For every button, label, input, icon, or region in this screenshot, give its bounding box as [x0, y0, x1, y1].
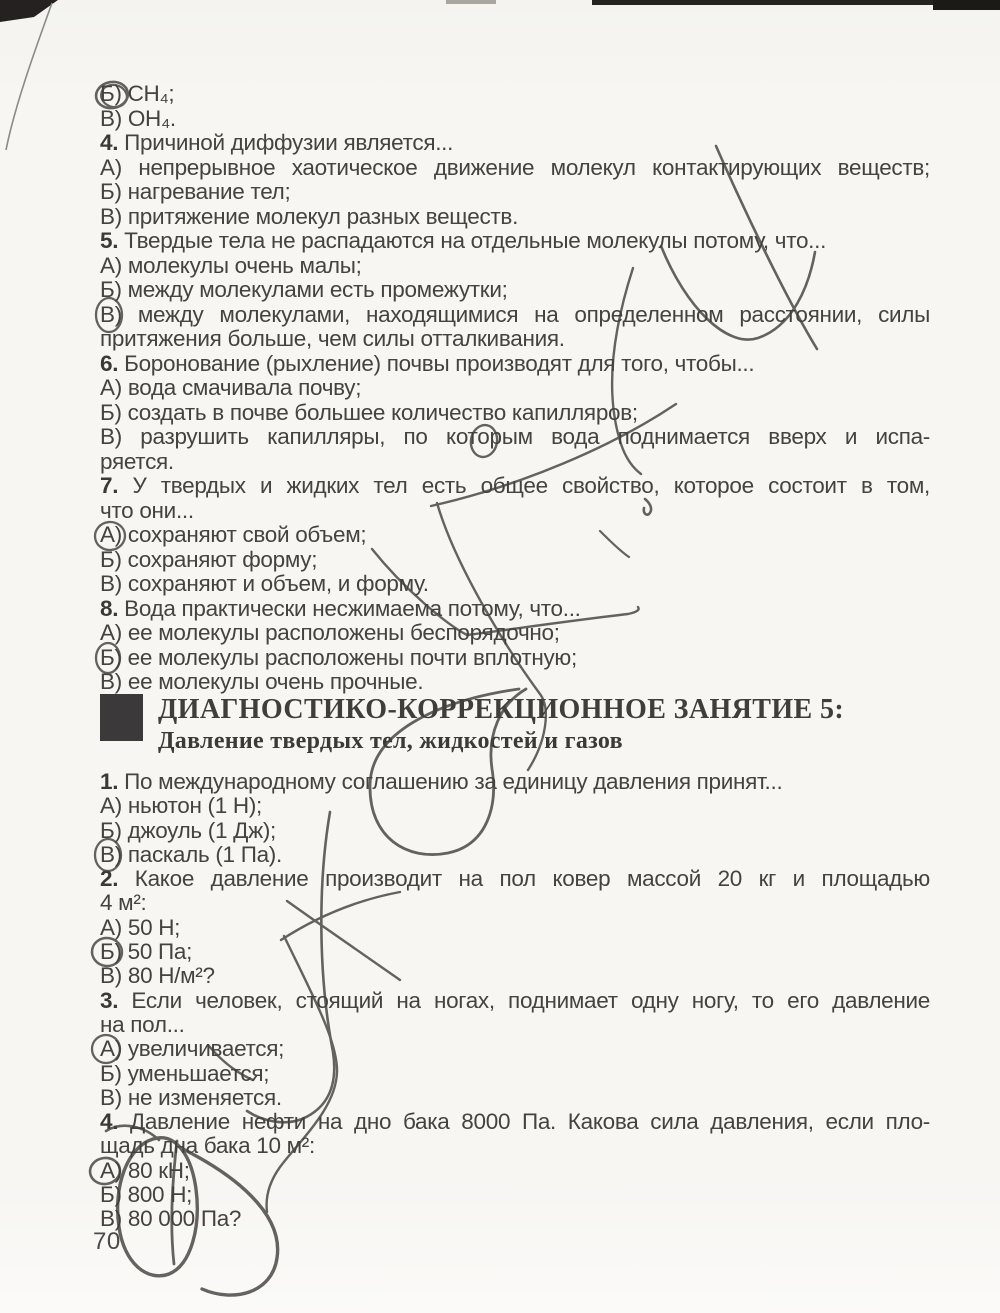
- answer-line: В) разрушить капилляры, по которым вода …: [100, 425, 930, 450]
- scan-corner-fold: [0, 0, 58, 22]
- answer-line: А) непрерывное хаотическое движение моле…: [100, 156, 930, 181]
- answer-line: В) сохраняют и объем, и форму.: [100, 572, 930, 597]
- answer-line: Б) ее молекулы расположены почти вплотну…: [100, 646, 930, 671]
- question-line: 1. По международному соглашению за едини…: [100, 770, 930, 794]
- answer-line: 4 м²:: [100, 891, 930, 915]
- question-line: 6. Боронование (рыхление) почвы производ…: [100, 352, 930, 377]
- answer-line: Б) между молекулами есть промежутки;: [100, 278, 930, 303]
- section-pressure-questions: 1. По международному соглашению за едини…: [100, 770, 930, 1232]
- answer-line: В) не изменяется.: [100, 1086, 930, 1110]
- answer-line: В) между молекулами, находящимися на опр…: [100, 303, 930, 328]
- answer-line: В) ее молекулы очень прочные.: [100, 670, 930, 695]
- answer-line: В) OH₄.: [100, 107, 930, 132]
- answer-line: Б) CH₄;: [100, 82, 930, 107]
- question-line: 5. Твердые тела не распадаются на отдель…: [100, 229, 930, 254]
- scan-top-gray-strip: [446, 0, 496, 4]
- question-line: 2. Какое давление производит на пол кове…: [100, 867, 930, 891]
- section-title: ДИАГНОСТИКО-КОРРЕКЦИОННОЕ ЗАНЯТИЕ 5:: [158, 695, 844, 725]
- answer-line: В) паскаль (1 Па).: [100, 843, 930, 867]
- section-marker-square: [100, 694, 143, 741]
- answer-line: Б) сохраняют форму;: [100, 548, 930, 573]
- answer-line: А) увеличивается;: [100, 1037, 930, 1061]
- scan-top-right-blob: [933, 0, 1000, 10]
- answer-line: что они...: [100, 499, 930, 524]
- question-line: 4. Давление нефти на дно бака 8000 Па. К…: [100, 1110, 930, 1134]
- answer-line: А) сохраняют свой объем;: [100, 523, 930, 548]
- answer-line: В) 80 Н/м²?: [100, 964, 930, 988]
- answer-line: А) вода смачивала почву;: [100, 376, 930, 401]
- answer-line: Б) нагревание тел;: [100, 180, 930, 205]
- answer-line: А) молекулы очень малы;: [100, 254, 930, 279]
- answer-line: В) притяжение молекул разных веществ.: [100, 205, 930, 230]
- answer-line: Б) уменьшается;: [100, 1062, 930, 1086]
- answer-line: Б) 800 Н;: [100, 1183, 930, 1207]
- answer-line: А) 50 Н;: [100, 916, 930, 940]
- answer-line: Б) создать в почве большее количество ка…: [100, 401, 930, 426]
- answer-line: ряется.: [100, 450, 930, 475]
- question-line: 8. Вода практически несжимаема потому, ч…: [100, 597, 930, 622]
- answer-line: А) ньютон (1 Н);: [100, 794, 930, 818]
- answer-line: щадь дна бака 10 м²:: [100, 1134, 930, 1158]
- question-line: 4. Причиной диффузии является...: [100, 131, 930, 156]
- answer-line: А) ее молекулы расположены беспорядочно;: [100, 621, 930, 646]
- answer-line: Б) 50 Па;: [100, 940, 930, 964]
- question-line: 3. Если человек, стоящий на ногах, подни…: [100, 989, 930, 1013]
- workbook-page: Б) CH₄;В) OH₄.4. Причиной диффузии являе…: [0, 0, 1000, 1313]
- answer-line: А) 80 кН;: [100, 1159, 930, 1183]
- answer-line: В) 80 000 Па?: [100, 1207, 930, 1231]
- section-molecules-questions: Б) CH₄;В) OH₄.4. Причиной диффузии являе…: [100, 82, 930, 695]
- answer-line: Б) джоуль (1 Дж);: [100, 819, 930, 843]
- scan-top-strip: [592, 0, 1000, 5]
- section-subtitle: Давление твердых тел, жидкостей и газов: [158, 728, 623, 754]
- answer-line: притяжения больше, чем силы отталкивания…: [100, 327, 930, 352]
- question-line: 7. У твердых и жидких тел есть общее сво…: [100, 474, 930, 499]
- scan-corner-crease: [6, 3, 52, 150]
- answer-line: на пол...: [100, 1013, 930, 1037]
- page-number: 70: [93, 1228, 121, 1256]
